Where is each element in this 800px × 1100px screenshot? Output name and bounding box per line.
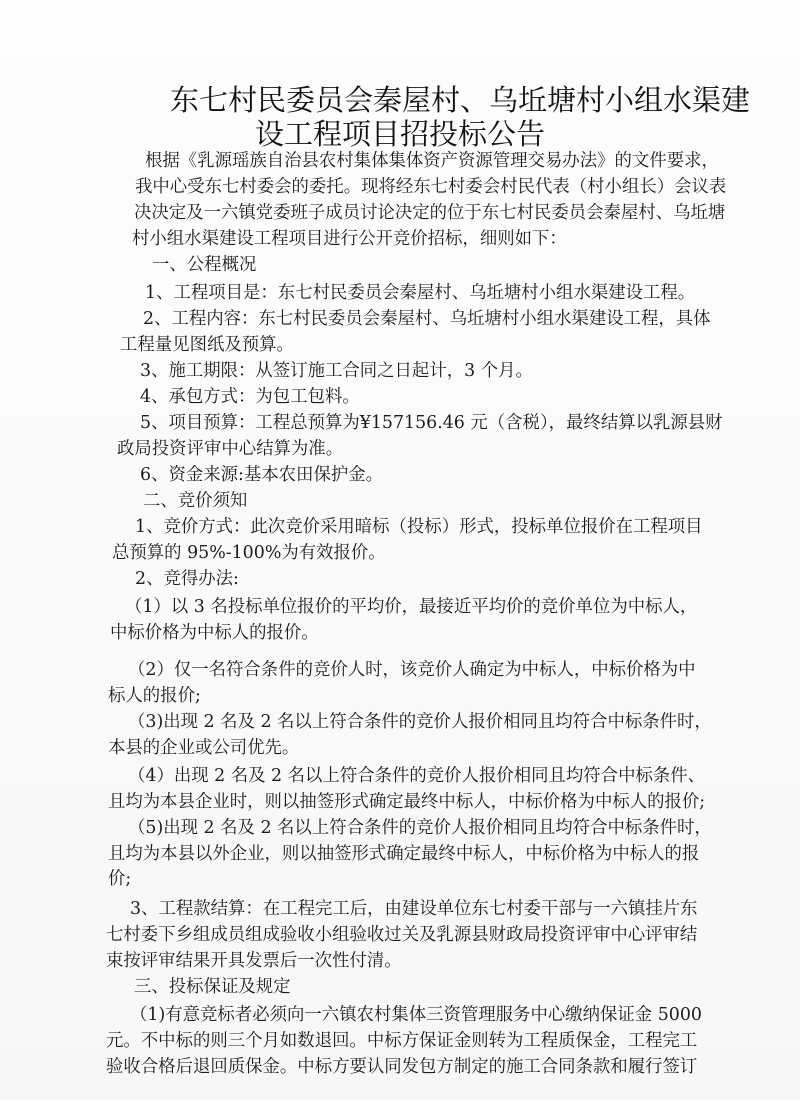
body-text-line: 验收合格后退回质保金。中标方要认同发包方制定的施工合同条款和履行签订 bbox=[106, 1054, 697, 1080]
body-text-line: 2、工程内容：东七村民委员会秦屋村、乌坵塘村小组水渠建设工程，具体 bbox=[143, 306, 711, 332]
body-text-line: 1、工程项目是：东七村民委员会秦屋村、乌坵塘村小组水渠建设工程。 bbox=[145, 280, 695, 306]
body-text-line: 三、投标保证及规定 bbox=[134, 974, 291, 1000]
body-text-line: 且均为本县企业时，则以抽签形式确定最终中标人，中标价格为中标人的报价; bbox=[108, 789, 705, 815]
body-text-line: 标人的报价; bbox=[108, 683, 201, 709]
body-text-line: 政局投资评审中心结算为准。 bbox=[117, 436, 343, 462]
body-text-line: 决决定及一六镇党委班子成员讨论决定的位于东七村民委员会秦屋村、乌坵塘 bbox=[134, 200, 725, 226]
body-text-line: （1)有意竞标者必须向一六镇农村集体三资管理服务中心缴纳保证金 5000 bbox=[130, 1002, 702, 1028]
body-text-line: （5)出现 2 名及 2 名以上符合条件的竞价人报价相同且均符合中标条件时， bbox=[128, 815, 712, 841]
body-text-line: 元。不中标的则三个月如数退回。中标方保证金则转为工程质保金，工程完工 bbox=[106, 1028, 697, 1054]
body-text-line: 中标价格为中标人的报价。 bbox=[110, 620, 319, 646]
body-text-line: （3)出现 2 名及 2 名以上符合条件的竞价人报价相同且均符合中标条件时， bbox=[128, 709, 712, 735]
body-text-line: 本县的企业或公司优先。 bbox=[108, 735, 299, 761]
body-text-line: 一、公程概况 bbox=[152, 252, 256, 278]
body-text-line: 总预算的 95%-100%为有效报价。 bbox=[112, 540, 386, 566]
body-text-line: 根据《乳源瑶族自治县农村集体集体资产资源管理交易办法》的文件要求， bbox=[145, 148, 719, 174]
body-text-line: 工程量见图纸及预算。 bbox=[120, 332, 294, 358]
body-text-line: 1、竞价方式：此次竞价采用暗标（投标）形式，投标单位报价在工程项目 bbox=[135, 514, 703, 540]
title-line-2: 设工程项目招投标公告 bbox=[0, 112, 800, 153]
body-text-line: 七村委下乡组成员组成验收小组验收过关及乳源县财政局投资评审中心评审结 bbox=[106, 922, 697, 948]
body-text-line: 价; bbox=[108, 866, 131, 892]
body-text-line: 4、承包方式：为包工包料。 bbox=[140, 384, 360, 410]
body-text-line: 且均为本县以外企业，则以抽签形式确定最终中标人，中标价格为中标人的报 bbox=[108, 841, 699, 867]
body-text-line: 2、竞得办法: bbox=[135, 566, 239, 592]
body-text-line: 束按评审结果开具发票后一次性付清。 bbox=[106, 948, 402, 974]
body-text-line: （4）出现 2 名及 2 名以上符合条件的竞价人报价相同且均符合中标条件、 bbox=[128, 763, 705, 789]
body-text-line: 二、竞价须知 bbox=[143, 488, 247, 514]
body-text-line: （2）仅一名符合条件的竞价人时，该竞价人确定为中标人，中标价格为中 bbox=[128, 657, 696, 683]
body-text-line: 3、施工期限：从签订施工合同之日起计，3 个月。 bbox=[140, 358, 533, 384]
body-text-line: 3、工程款结算：在工程完工后，由建设单位东七村委干部与一六镇挂片东 bbox=[130, 896, 698, 922]
body-text-line: 5、项目预算：工程总预算为¥157156.46 元（含税），最终结算以乳源县财 bbox=[140, 410, 723, 436]
body-text-line: （1）以 3 名投标单位报价的平均价，最接近平均价的竞价单位为中标人， bbox=[125, 594, 697, 620]
scanned-page: 东七村民委员会秦屋村、乌坵塘村小组水渠建 设工程项目招投标公告 根据《乳源瑶族自… bbox=[0, 0, 800, 1100]
body-text-line: 我中心受东七村委会的委托。现将经东七村委会村民代表（村小组长）会议表 bbox=[135, 174, 726, 200]
body-text-line: 村小组水渠建设工程项目进行公开竞价招标，细则如下： bbox=[132, 226, 567, 252]
body-text-line: 6、资金来源:基本农田保护金。 bbox=[140, 462, 383, 488]
